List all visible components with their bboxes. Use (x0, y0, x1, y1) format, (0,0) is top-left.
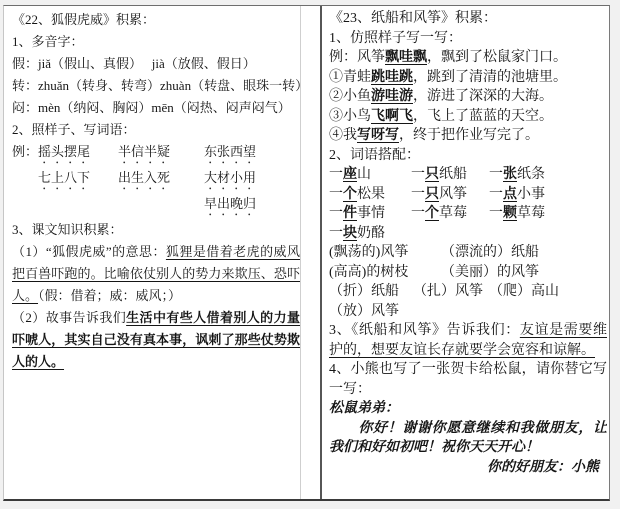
text-segment: 一 (329, 167, 343, 182)
text-segment: 七上八下 (38, 167, 118, 193)
text-segment: 座 (343, 167, 357, 182)
text-line: (飘荡的)风筝（漂流的）纸船 (329, 243, 607, 263)
text-line: 4、小熊也写了一张贺卡给松鼠，请你替它写一写： (329, 360, 607, 399)
text-segment: 4、小熊也写了一张贺卡给松鼠，请你替它写一写： (329, 362, 607, 397)
table-column-divider (320, 6, 322, 499)
text-segment: 早出晚归 (204, 196, 256, 211)
text-segment: （1）“狐假虎威”的意思： (12, 244, 166, 259)
text-segment: 一 (411, 187, 425, 202)
text-segment: 例：风筝 (329, 50, 385, 65)
text-line: 2、词语搭配： (329, 146, 607, 166)
text-segment: 2、词语搭配： (329, 148, 420, 163)
text-line: 3、《纸船和风筝》告诉我们：友谊是需要维护的，想要友谊长存就要学会宽容和谅解。 (329, 321, 607, 360)
text-segment: 风筝 (439, 187, 467, 202)
text-segment: 一颗草莓 (489, 204, 545, 224)
text-segment: 一 (329, 187, 343, 202)
text-line: 松鼠弟弟： (329, 399, 607, 419)
text-segment: 一 (489, 187, 503, 202)
text-segment: 一点小事 (489, 185, 545, 205)
text-segment: 半信半疑 (118, 144, 170, 159)
text-segment: 一座山 (329, 165, 411, 185)
text-segment: ③小鸟 (329, 109, 371, 124)
text-line: （2）故事告诉我们生活中有些人借着别人的力量吓唬人，其实自己没有真本事，讽刺了那… (12, 307, 300, 373)
text-segment: 草莓 (439, 206, 467, 221)
text-segment: (高高)的树枝 (329, 263, 441, 283)
text-line: 1、多音字： (12, 31, 300, 53)
text-line: 例：摇头摆尾半信半疑东张西望 (12, 141, 300, 167)
text-line: 闷：mèn（纳闷、胸闷）mēn（闷热、闷声闷气） (12, 97, 300, 119)
text-segment: 七上八下 (38, 170, 90, 185)
text-segment: 1、仿照样子写一写： (329, 31, 462, 46)
text-line: （放）风筝 (329, 302, 607, 322)
text-line: ①青蛙跳哇跳，跳到了清清的池塘里。 (329, 68, 607, 88)
text-segment: ①青蛙 (329, 70, 371, 85)
text-segment: 只 (425, 187, 439, 202)
text-segment: 纸船 (439, 167, 467, 182)
text-segment: 一块奶酪 (329, 224, 385, 244)
text-segment: 写呀写 (357, 128, 399, 143)
text-segment: 一 (329, 226, 343, 241)
text-line: （折）纸船（扎）风筝（爬）高山 (329, 282, 607, 302)
text-segment: 一只纸船 (411, 165, 489, 185)
text-line: 2、照样子、写词语： (12, 119, 300, 141)
text-line: 转：zhuǎn（转身、转弯）zhuàn（转盘、眼珠一转） (12, 75, 300, 97)
text-segment: 一 (329, 206, 343, 221)
text-segment: （扎）风筝 (413, 282, 489, 302)
text-segment: 个 (343, 187, 357, 202)
text-line: 1、仿照样子写一写： (329, 29, 607, 49)
text-segment: 只 (425, 167, 439, 182)
text-line: 3、课文知识积累： (12, 219, 300, 241)
text-segment: 小事 (517, 187, 545, 202)
text-line: ②小鱼游哇游，游进了深深的大海。 (329, 87, 607, 107)
text-segment: 假：jiǎ（假山、真假） jià（放假、假日） (12, 56, 256, 71)
text-segment: （折）纸船 (329, 284, 399, 299)
text-segment: 东张西望 (204, 144, 256, 159)
table-gridline-light (300, 6, 301, 499)
text-segment: （假：借着；威：威风；） (38, 288, 181, 303)
text-segment: 张 (503, 167, 517, 182)
text-segment: （漂流的）纸船 (441, 245, 539, 260)
text-segment: （扎）风筝 (413, 284, 483, 299)
text-segment: 大材小用 (204, 170, 256, 185)
text-segment: ，终于把作业写完了。 (399, 128, 539, 143)
document-screenshot: { "page": { "background": "#f1f1f1", "ta… (0, 0, 620, 509)
text-line: 例：风筝飘哇飘，飘到了松鼠家门口。 (329, 48, 607, 68)
text-line: ③小鸟飞啊飞，飞上了蓝蓝的天空。 (329, 107, 607, 127)
text-line: 七上八下出生入死大材小用 (12, 167, 300, 193)
text-segment: 一个松果 (329, 185, 411, 205)
text-segment: 3、《纸船和风筝》告诉我们： (329, 323, 520, 338)
text-segment: 个 (425, 206, 439, 221)
text-segment: ②小鱼 (329, 89, 371, 104)
text-segment: 一 (411, 206, 425, 221)
text-segment: ④我 (329, 128, 357, 143)
text-segment: ，游进了深深的大海。 (413, 89, 553, 104)
text-segment: 件 (343, 206, 357, 221)
text-segment: 摇头摆尾 (38, 141, 118, 167)
text-segment: 一个草莓 (411, 204, 489, 224)
text-segment: 奶酪 (357, 226, 385, 241)
text-segment: 半信半疑 (118, 141, 204, 167)
text-segment: 摇头摆尾 (38, 144, 90, 159)
text-segment: 转：zhuǎn（转身、转弯）zhuàn（转盘、眼珠一转） (12, 78, 300, 93)
text-line: ④我写呀写，终于把作业写完了。 (329, 126, 607, 146)
text-segment: （美丽）的风筝 (441, 265, 539, 280)
text-segment: （爬）高山 (489, 284, 559, 299)
text-segment: 出生入死 (118, 167, 204, 193)
text-segment: 跳哇跳 (371, 70, 413, 85)
text-line: 假：jiǎ（假山、真假） jià（放假、假日） (12, 53, 300, 75)
worksheet-table: 《22、狐假虎威》积累：1、多音字：假：jiǎ（假山、真假） jià（放假、假日… (3, 5, 610, 501)
text-segment: 山 (357, 167, 371, 182)
text-segment: （2）故事告诉我们 (12, 310, 126, 325)
text-line: 《22、狐假虎威》积累： (12, 9, 300, 31)
text-segment: （放）风筝 (329, 304, 399, 319)
text-segment: 松果 (357, 187, 385, 202)
text-line: (高高)的树枝（美丽）的风筝 (329, 263, 607, 283)
text-segment: 出生入死 (118, 170, 170, 185)
text-segment: (飘荡的)风筝 (329, 245, 408, 260)
text-segment: 块 (343, 226, 357, 241)
text-line: 一个松果一只风筝一点小事 (329, 185, 607, 205)
text-segment: 2、照样子、写词语： (12, 122, 136, 137)
text-line: （1）“狐假虎威”的意思：狐狸是借着老虎的威风把百兽吓跑的。比喻依仗别人的势力来… (12, 241, 300, 307)
text-segment: 一 (489, 167, 503, 182)
text-segment: 松鼠弟弟： (329, 401, 399, 416)
text-segment: ，飞上了蓝蓝的天空。 (413, 109, 553, 124)
text-segment: （折）纸船 (329, 282, 413, 302)
text-segment: 1、多音字： (12, 34, 84, 49)
text-line: 《23、纸船和风筝》积累： (329, 9, 607, 29)
text-segment: 你好！谢谢你愿意继续和我做朋友，让我们和好如初吧！祝你天天开心！ (329, 421, 607, 456)
text-segment: 3、课文知识积累： (12, 222, 123, 237)
text-segment: 一 (489, 206, 503, 221)
text-segment: 纸条 (517, 167, 545, 182)
text-line: 你好！谢谢你愿意继续和我做朋友，让我们和好如初吧！祝你天天开心！ (329, 419, 607, 458)
text-line: 一座山一只纸船一张纸条 (329, 165, 607, 185)
text-segment: 一张纸条 (489, 165, 545, 185)
text-segment: (高高)的树枝 (329, 265, 408, 280)
text-segment: ，飘到了松鼠家门口。 (427, 50, 567, 65)
text-segment: 游哇游 (371, 89, 413, 104)
text-segment: 一只风筝 (411, 185, 489, 205)
lesson-22-cell[interactable]: 《22、狐假虎威》积累：1、多音字：假：jiǎ（假山、真假） jià（放假、假日… (12, 9, 300, 497)
text-line: 一件事情一个草莓一颗草莓 (329, 204, 607, 224)
text-segment: 草莓 (517, 206, 545, 221)
text-segment: (飘荡的)风筝 (329, 243, 441, 263)
lesson-23-cell[interactable]: 《23、纸船和风筝》积累：1、仿照样子写一写：例：风筝飘哇飘，飘到了松鼠家门口。… (329, 9, 607, 497)
text-segment: 例： (12, 144, 38, 159)
text-segment: ，跳到了清清的池塘里。 (413, 70, 567, 85)
text-segment: 一 (411, 167, 425, 182)
text-segment: 飘哇飘 (385, 50, 427, 65)
text-segment: 《22、狐假虎威》积累： (12, 12, 155, 27)
text-segment: 点 (503, 187, 517, 202)
text-segment: 《23、纸船和风筝》积累： (329, 11, 497, 26)
text-line: 你的好朋友：小熊 (329, 458, 607, 478)
text-segment: 飞啊飞 (371, 109, 413, 124)
text-segment: 你的好朋友：小熊 (487, 460, 599, 475)
text-segment: 颗 (503, 206, 517, 221)
text-line: 早出晚归 (12, 193, 300, 219)
text-segment: 一件事情 (329, 204, 411, 224)
text-segment: 事情 (357, 206, 385, 221)
text-line: 一块奶酪 (329, 224, 607, 244)
text-segment: 闷：mèn（纳闷、胸闷）mēn（闷热、闷声闷气） (12, 100, 291, 115)
